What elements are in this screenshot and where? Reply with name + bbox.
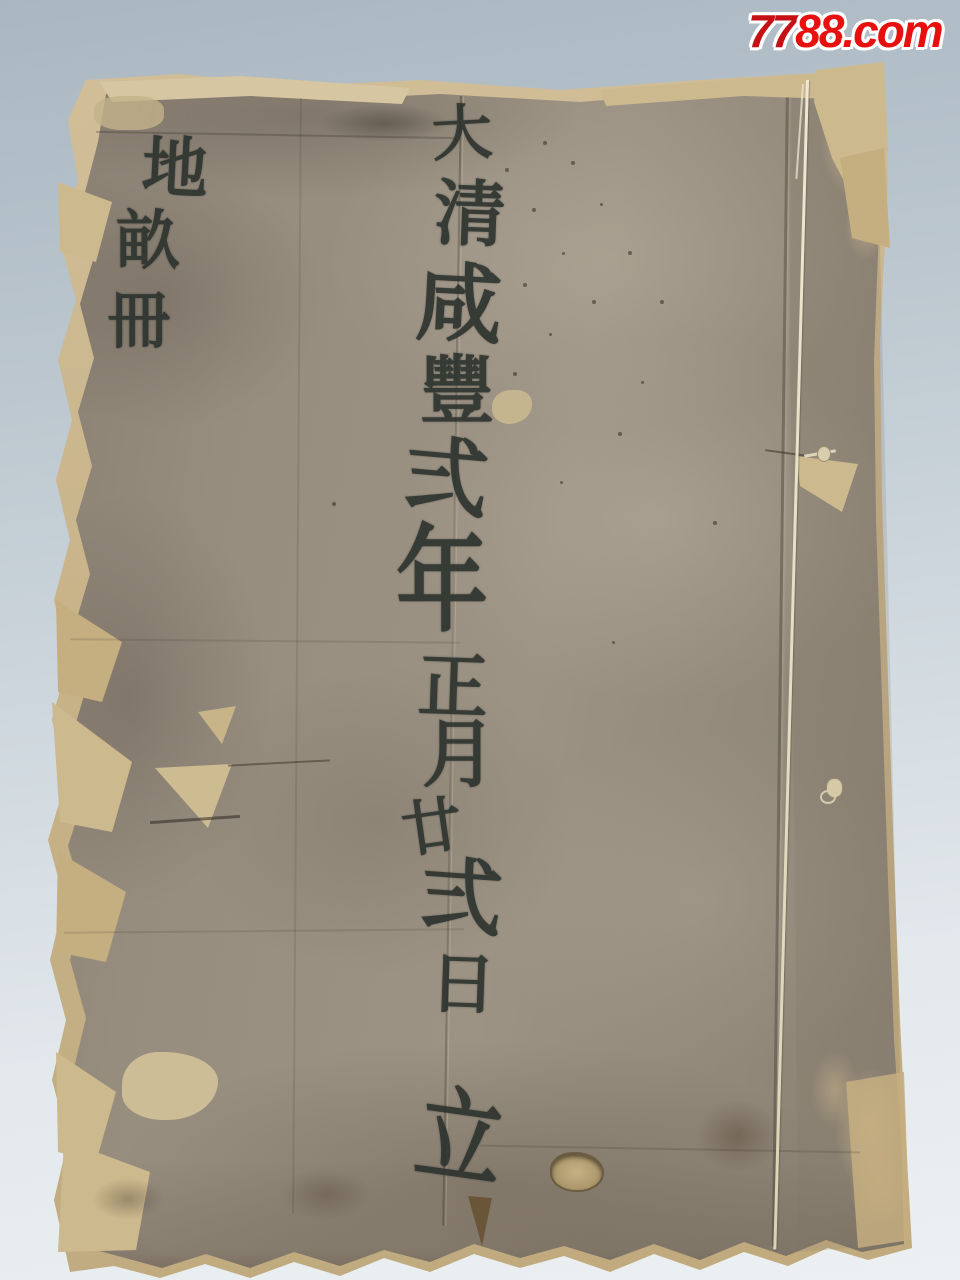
title-char: 日	[429, 951, 497, 1019]
worn-patch	[94, 96, 164, 130]
site-watermark: 7788.com	[748, 4, 942, 58]
speck	[628, 251, 632, 255]
speck	[592, 300, 596, 304]
speck	[641, 381, 644, 384]
side-label-column: 地 畝 冊	[100, 130, 220, 410]
watermark-text: 77	[748, 5, 795, 57]
title-char: 弍	[417, 855, 505, 943]
speck	[549, 333, 552, 336]
speck	[600, 203, 603, 206]
title-column: 大 清 咸 豐 弍 年 正 月 廿 弍 日 立	[388, 96, 538, 1236]
side-label-char: 地	[140, 134, 209, 203]
watermark-text: .com	[842, 5, 941, 57]
speck	[560, 481, 563, 484]
speck	[332, 502, 336, 506]
speck	[660, 300, 664, 304]
speck	[543, 141, 547, 145]
title-char: 弍	[400, 432, 491, 523]
speck	[571, 161, 575, 165]
thread-loop	[820, 790, 836, 804]
stain	[695, 1100, 780, 1172]
photo-scene: 地 畝 冊 大 清 咸 豐 弍 年 正 月 廿 弍 日 立 7788.com	[0, 0, 960, 1280]
speck	[713, 521, 717, 525]
speck	[618, 432, 622, 436]
title-char: 月	[422, 718, 496, 792]
title-char: 立	[410, 1082, 510, 1196]
speck	[562, 252, 565, 255]
thread-knot	[817, 446, 831, 462]
title-char: 清	[433, 177, 507, 251]
title-char: 豐	[420, 354, 494, 428]
title-char: 大	[430, 102, 493, 165]
side-label-char: 冊	[108, 290, 170, 352]
side-label-char: 畝	[116, 210, 180, 274]
wormhole	[550, 1152, 604, 1192]
title-char: 年	[396, 524, 488, 639]
speck	[612, 641, 615, 644]
stain	[92, 1178, 164, 1220]
title-char: 咸	[414, 260, 504, 350]
watermark-text: 88	[795, 5, 842, 57]
